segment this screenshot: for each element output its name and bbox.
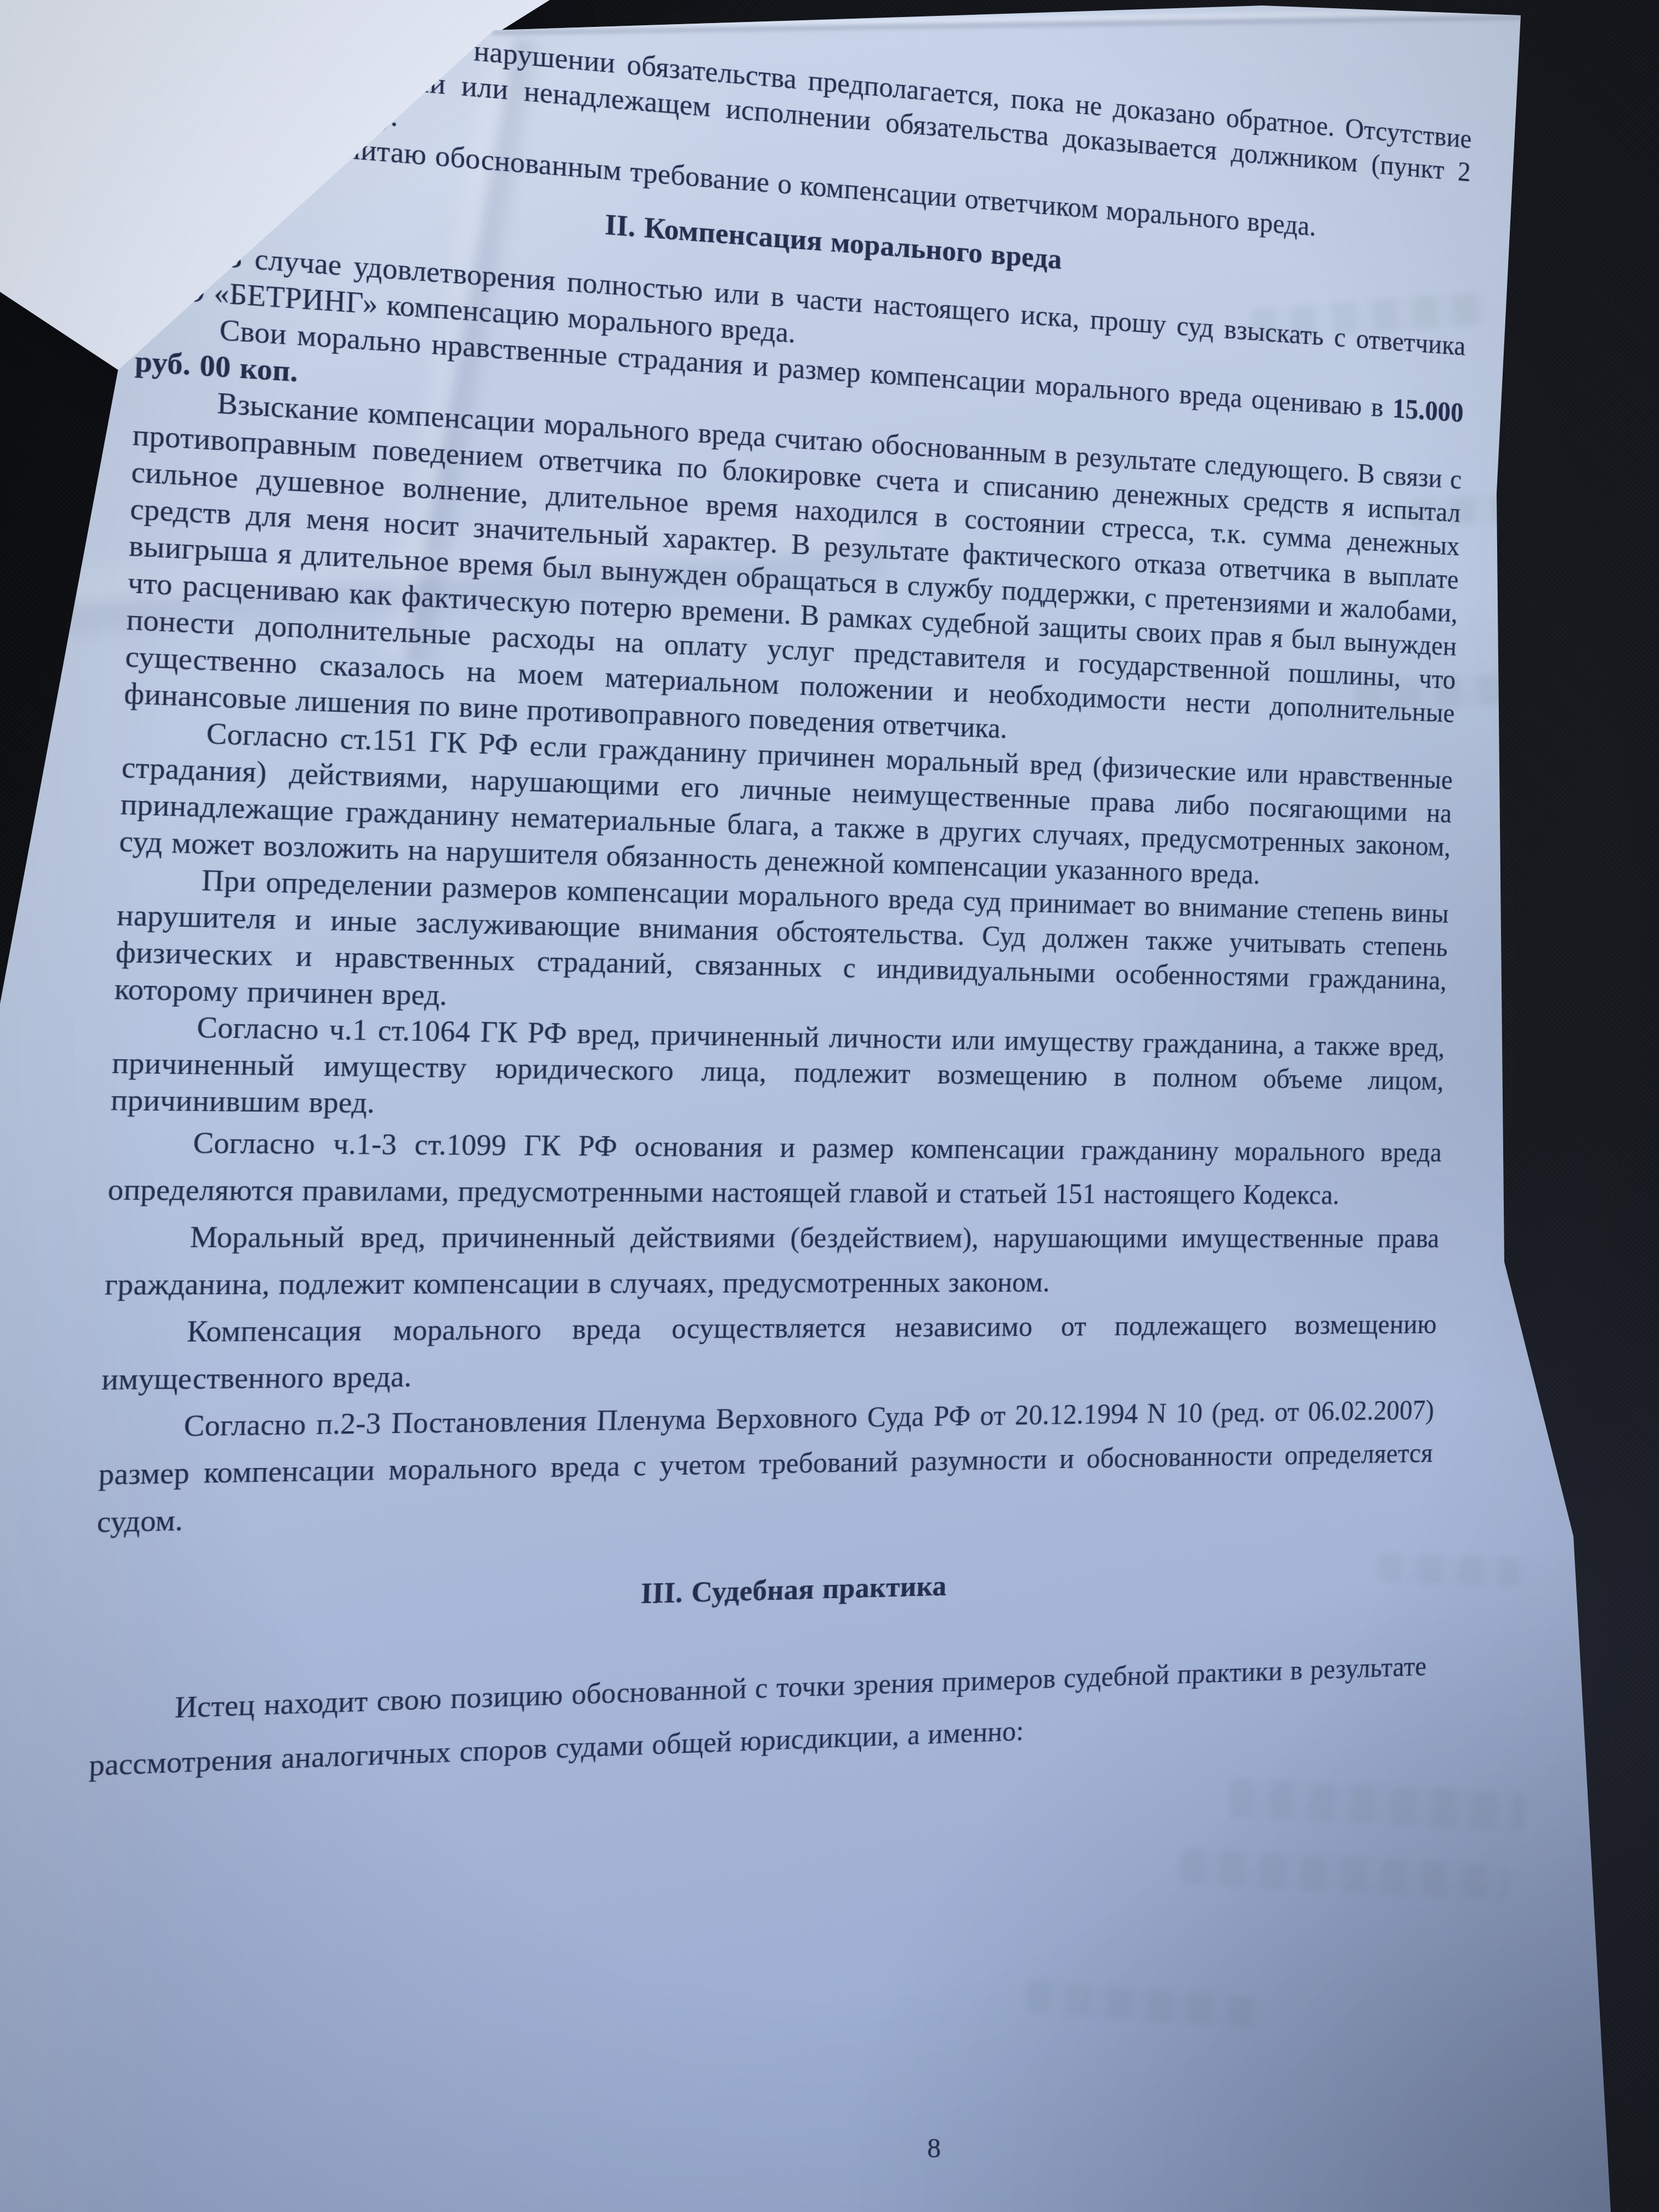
paper-crease [58, 498, 885, 648]
para-justification: Взыскание компенсации морального вреда с… [123, 380, 1462, 764]
bleed-through-smudge [1025, 1980, 1263, 2029]
para-damage-estimate: Свои морально нравственные страдания и р… [134, 307, 1464, 464]
document-text: Вина должника в нарушении обязательства … [88, 4, 1472, 1793]
bleed-through-smudge [1179, 1848, 1510, 1900]
bleed-through-smudge [1250, 292, 1488, 341]
para-article-151: Согласно ст.151 ГК РФ если гражданину пр… [119, 713, 1453, 898]
document-sheet: Вина должника в нарушении обязательства … [0, 0, 1659, 2212]
page-number: 8 [927, 2132, 941, 2164]
para-court-practice-intro: Истец находит свою позицию обоснованной … [88, 1641, 1427, 1793]
para-plenum-resolution: Согласно п.2-3 Постановления Пленума Вер… [96, 1389, 1435, 1547]
heading-court-practice: III. Судебная практика [94, 1556, 1430, 1626]
bleed-through-smudge [1376, 1553, 1520, 1586]
damage-amount: 15.000 руб. 00 коп. [134, 345, 1464, 428]
heading-moral-compensation: II. Компенсация морального вреда [140, 171, 1468, 307]
para-compensation-size: При определении размеров компенсации мор… [114, 860, 1449, 1031]
para-court-request: В случае удовлетворения полностью или в … [137, 233, 1466, 397]
para-article-1099: Согласно ч.1-3 ст.1099 ГК РФ основания и… [107, 1119, 1442, 1217]
para-article-1064: Согласно ч.1 ст.1064 ГК РФ вред, причине… [110, 1008, 1446, 1132]
para-compensation-independent: Компенсация морального вреда осуществляе… [101, 1303, 1437, 1404]
para-damage-estimate-text: Свои морально нравственные страдания и р… [219, 314, 1393, 424]
para-moral-harm-property: Моральный вред, причиненный действиями (… [104, 1214, 1440, 1309]
bleed-through-smudge [1228, 1778, 1526, 1832]
photo-of-legal-document: Вина должника в нарушении обязательства … [0, 0, 1659, 2212]
